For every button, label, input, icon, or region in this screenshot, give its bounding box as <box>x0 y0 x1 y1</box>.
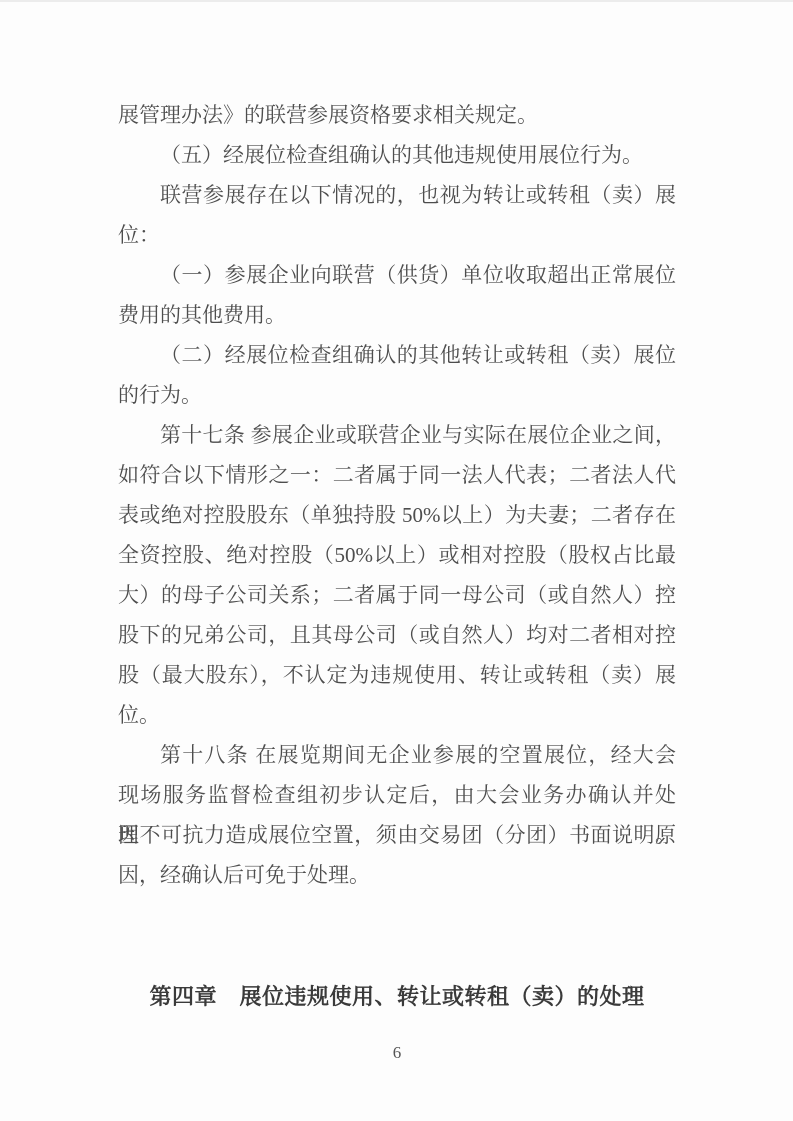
text-line: （五）经展位检查组确认的其他违规使用展位行为。 <box>118 135 676 175</box>
text-line: 因，经确认后可免于处理。 <box>118 855 676 895</box>
chapter-heading: 第四章 展位违规使用、转让或转租（卖）的处理 <box>118 977 676 1017</box>
text-line: （一）参展企业向联营（供货）单位收取超出正常展位 <box>118 255 676 295</box>
body-lines: 展管理办法》的联营参展资格要求相关规定。（五）经展位检查组确认的其他违规使用展位… <box>118 95 676 895</box>
text-line: 全资控股、绝对控股（50%以上）或相对控股（股权占比最 <box>118 535 676 575</box>
text-line: 第十七条 参展企业或联营企业与实际在展位企业之间， <box>118 415 676 455</box>
text-line: 费用的其他费用。 <box>118 295 676 335</box>
text-line: 展管理办法》的联营参展资格要求相关规定。 <box>118 95 676 135</box>
text-line: 股（最大股东），不认定为违规使用、转让或转租（卖）展 <box>118 655 676 695</box>
document-body: 展管理办法》的联营参展资格要求相关规定。（五）经展位检查组确认的其他违规使用展位… <box>118 95 676 1063</box>
text-line: 股下的兄弟公司，且其母公司（或自然人）均对二者相对控 <box>118 615 676 655</box>
text-line: 大）的母子公司关系；二者属于同一母公司（或自然人）控 <box>118 575 676 615</box>
text-line: 第十八条 在展览期间无企业参展的空置展位，经大会 <box>118 735 676 775</box>
text-line: 的行为。 <box>118 375 676 415</box>
text-line: 如符合以下情形之一：二者属于同一法人代表；二者法人代 <box>118 455 676 495</box>
document-page: 展管理办法》的联营参展资格要求相关规定。（五）经展位检查组确认的其他违规使用展位… <box>0 0 793 1121</box>
text-line: 位。 <box>118 695 676 735</box>
text-line: 因不可抗力造成展位空置，须由交易团（分团）书面说明原 <box>118 815 676 855</box>
page-number: 6 <box>118 1043 676 1063</box>
text-line: 联营参展存在以下情况的，也视为转让或转租（卖）展 <box>118 175 676 215</box>
text-line: 表或绝对控股股东（单独持股 50%以上）为夫妻；二者存在 <box>118 495 676 535</box>
text-line: 现场服务监督检查组初步认定后，由大会业务办确认并处理。 <box>118 775 676 815</box>
text-line: （二）经展位检查组确认的其他转让或转租（卖）展位 <box>118 335 676 375</box>
text-line: 位： <box>118 215 676 255</box>
